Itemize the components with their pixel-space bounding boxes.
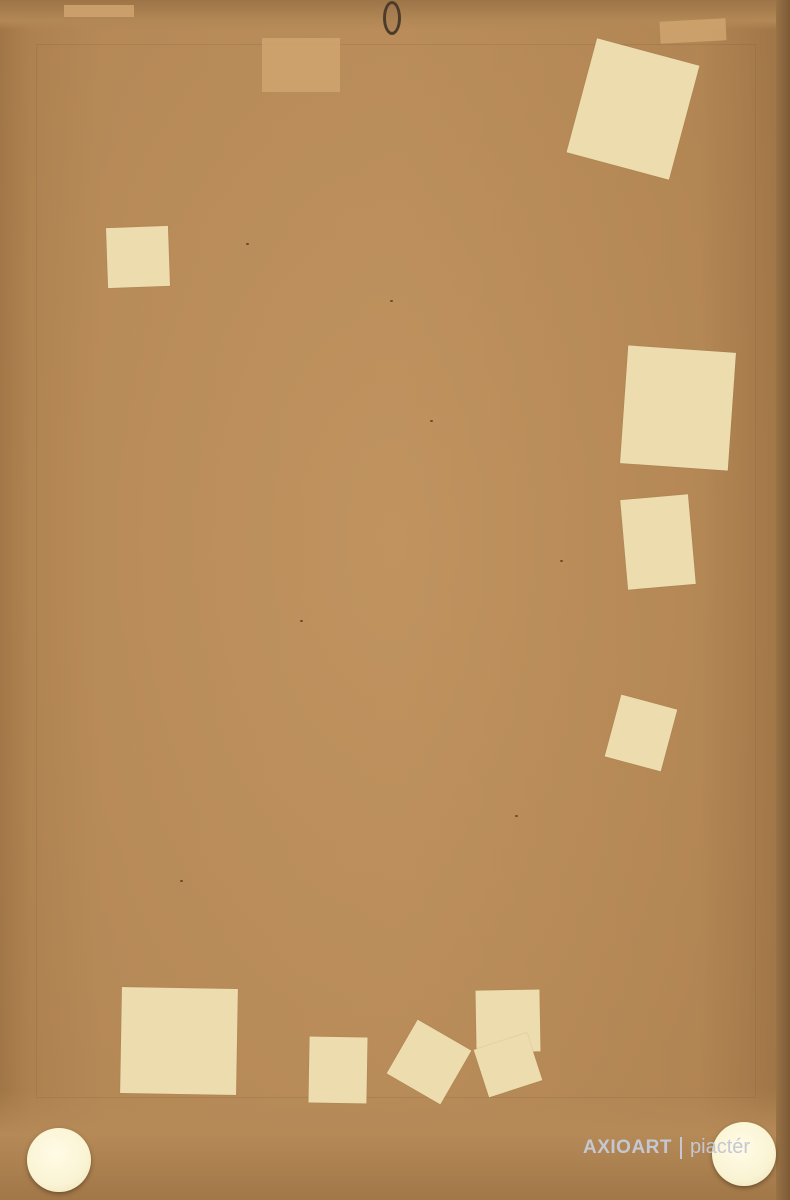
paper-tape [620,494,696,590]
fiber-speck [560,560,563,562]
paper-tape [120,987,238,1095]
hanger-ring-icon [383,1,401,35]
watermark-brand: AXIOART [583,1137,672,1159]
watermark: AXIOART piactér [583,1136,750,1159]
felt-pad-left [27,1128,91,1192]
old-tape-remnant [262,38,340,92]
watermark-separator [680,1137,682,1159]
old-tape-remnant [64,5,134,17]
fiber-speck [180,880,183,882]
old-tape-remnant [659,18,726,43]
fiber-speck [246,243,249,245]
fiber-speck [300,620,303,622]
paper-tape [308,1036,367,1103]
frame-right-edge [776,0,790,1200]
fiber-speck [515,815,518,817]
paper-tape [620,345,736,470]
watermark-sub: piactér [690,1136,750,1159]
fiber-speck [390,300,393,302]
fiber-speck [430,420,433,422]
paper-tape [106,226,170,288]
